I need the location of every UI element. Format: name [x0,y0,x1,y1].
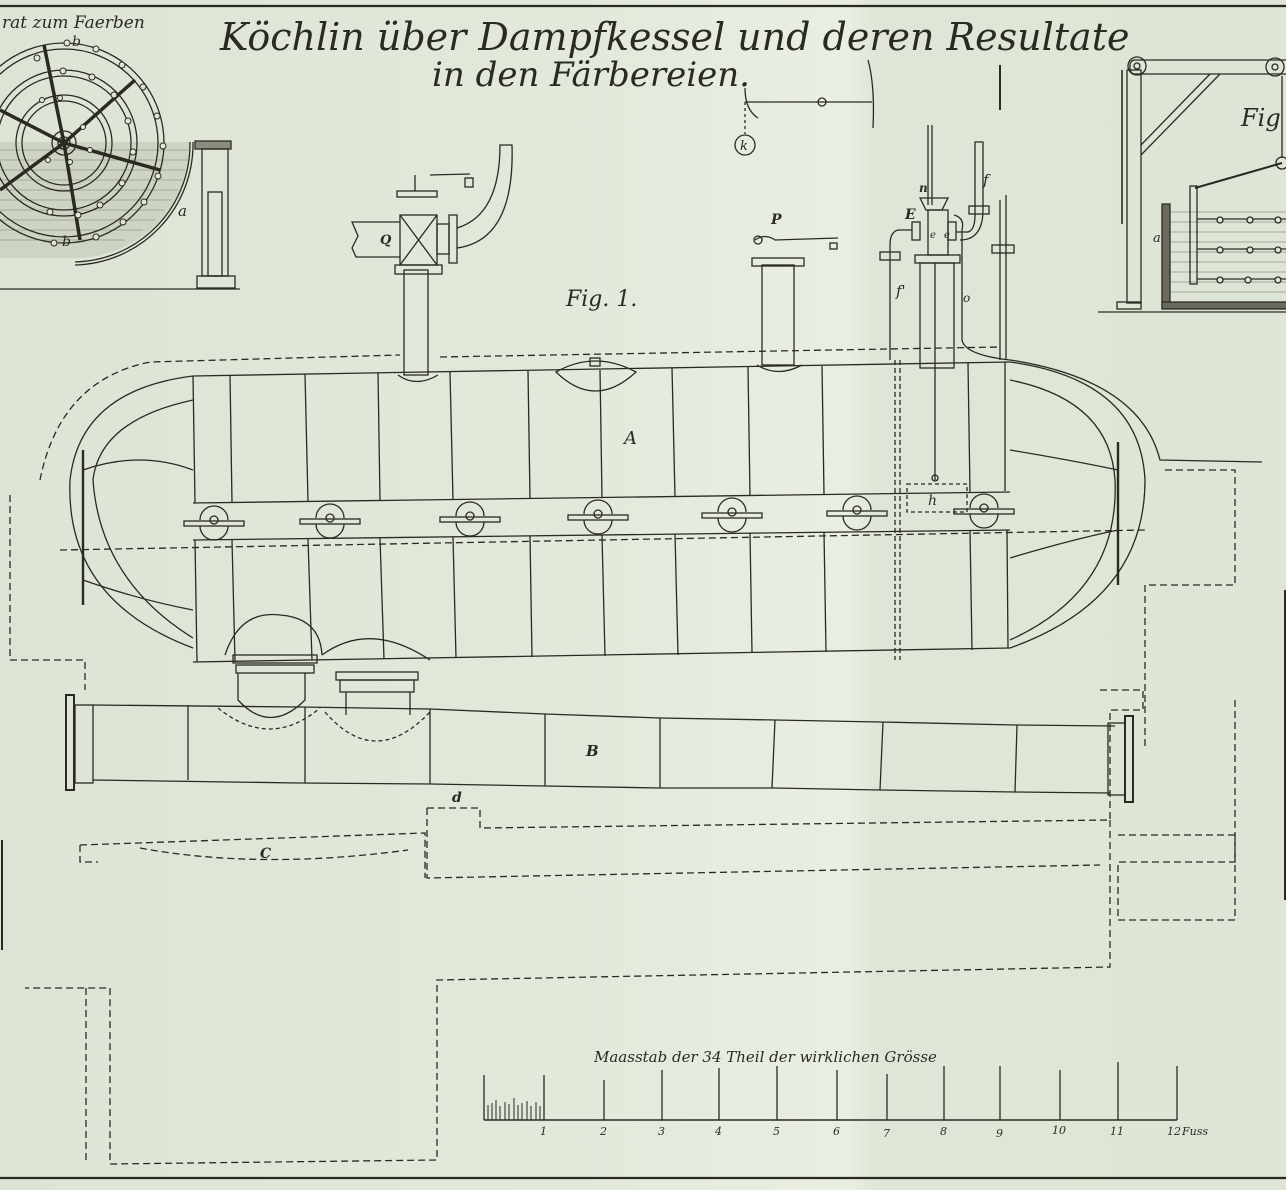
title-line-2: in den Färbereien. [432,55,750,95]
figure-caption: Fig. 1. [565,287,637,312]
crane-vat-apparatus: Fig a [1098,57,1286,312]
pipe-B: B d C [66,695,1133,862]
label-a: a [178,202,187,220]
label-b-bottom: b [62,234,71,250]
label-f-prime: f' [895,282,906,300]
scale-caption: Maasstab der 34 Theil der wirklichen Grö… [593,1048,937,1066]
label-E: E [904,207,916,223]
feed-apparatus-E: h E n e e f f' o [880,65,1262,660]
scale-tick-8: 8 [940,1125,947,1138]
label-o: o [963,291,970,305]
scale-tick-1: 1 [540,1125,547,1138]
scale-tick-4: 4 [714,1125,722,1138]
label-P: P [770,212,782,228]
scale-tick-11: 11 [1110,1125,1124,1138]
label-k: k [740,139,748,154]
scale-unit: Fuss [1181,1125,1208,1138]
scale-tick-7: 7 [883,1127,890,1140]
label-h: h [928,493,937,509]
label-b-top: b [72,34,81,50]
diagram-canvas: Köchlin über Dampfkessel und deren Resul… [0,0,1286,1190]
label-A: A [622,428,637,449]
label-C: C [260,846,271,862]
label-n: n [919,181,928,195]
label-B: B [585,742,599,760]
wheel-dyeing-apparatus: rat zum Faerben [0,13,240,289]
label-e2: e [944,230,950,241]
scale-tick-2: 2 [599,1125,607,1138]
inset-right-caption: Fig [1240,104,1281,132]
label-e1: e [930,230,936,241]
boiler-A: A Q P Fig. 1. [40,60,1262,718]
scale-tick-6: 6 [833,1125,840,1138]
label-c: c [58,138,65,152]
scale-bar: Maasstab der 34 Theil der wirklichen Grö… [484,1048,1208,1140]
valve-P: P [752,212,838,372]
valve-Q: Q [352,145,512,382]
scale-tick-9: 9 [996,1127,1003,1140]
label-a-right: a [1153,231,1161,246]
label-f: f [982,171,991,189]
label-Q: Q [380,233,392,248]
scale-tick-3: 3 [658,1125,665,1138]
label-d: d [452,790,462,806]
scale-tick-5: 5 [773,1125,780,1138]
scale-tick-10: 10 [1052,1124,1066,1137]
scale-tick-12: 12 [1167,1125,1181,1138]
title-line-1: Köchlin über Dampfkessel und deren Resul… [219,15,1129,59]
inset-left-caption: rat zum Faerben [2,13,145,33]
